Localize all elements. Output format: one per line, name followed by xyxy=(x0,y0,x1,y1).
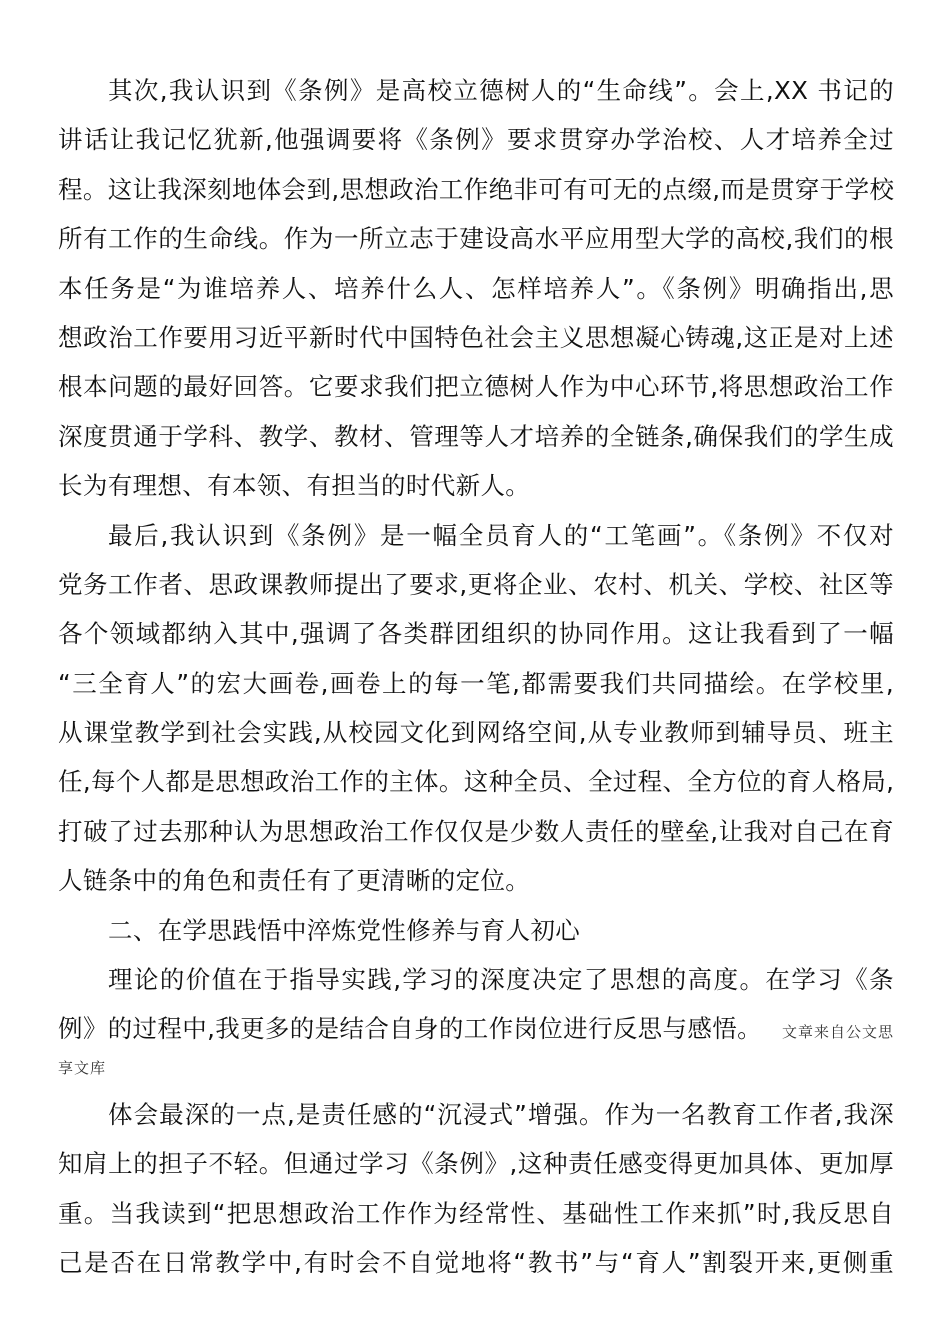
text-line: 最后,我认识到《条例》是一幅全员育人的“工笔画”。《条例》不仅对 xyxy=(58,511,894,560)
text-line: 想政治工作要用习近平新时代中国特色社会主义思想凝心铸魂,这正是对上述 xyxy=(58,313,894,362)
paragraph-responsibility: 体会最深的一点,是责任感的“沉浸式”增强。作为一名教育工作者,我深 知肩上的担子… xyxy=(58,1090,894,1288)
source-watermark: 文章来自公文思 xyxy=(782,1008,894,1057)
text-line: 重。当我读到“把思想政治工作作为经常性、基础性工作来抓”时,我反思自 xyxy=(58,1189,894,1238)
source-watermark-continued: 享文库 xyxy=(58,1054,894,1090)
text-line: 所有工作的生命线。作为一所立志于建设高水平应用型大学的高校,我们的根 xyxy=(58,214,894,263)
text-line: 讲话让我记忆犹新,他强调要将《条例》要求贯穿办学治校、人才培养全过 xyxy=(58,115,894,164)
text-line: 深度贯通于学科、教学、教材、管理等人才培养的全链条,确保我们的学生成 xyxy=(58,412,894,461)
text-line: 人链条中的角色和责任有了更清晰的定位。 xyxy=(58,856,894,905)
paragraph-fine-painting: 最后,我认识到《条例》是一幅全员育人的“工笔画”。《条例》不仅对 党务工作者、思… xyxy=(58,511,894,906)
text-line: 长为有理想、有本领、有担当的时代新人。 xyxy=(58,461,894,510)
text-line: 打破了过去那种认为思想政治工作仅仅是少数人责任的壁垒,让我对自己在育 xyxy=(58,807,894,856)
text-line: 体会最深的一点,是责任感的“沉浸式”增强。作为一名教育工作者,我深 xyxy=(58,1090,894,1139)
paragraph-lifeline: 其次,我认识到《条例》是高校立德树人的“生命线”。会上,XX 书记的 讲话让我记… xyxy=(58,66,894,511)
text-line: 党务工作者、思政课教师提出了要求,更将企业、农村、机关、学校、社区等 xyxy=(58,560,894,609)
text-line: 其次,我认识到《条例》是高校立德树人的“生命线”。会上,XX 书记的 xyxy=(58,66,894,115)
text-line-with-watermark: 例》的过程中,我更多的是结合自身的工作岗位进行反思与感悟。 文章来自公文思 xyxy=(58,1004,894,1053)
document-page: 其次,我认识到《条例》是高校立德树人的“生命线”。会上,XX 书记的 讲话让我记… xyxy=(58,66,894,1287)
text-line: 本任务是“为谁培养人、培养什么人、怎样培养人”。《条例》明确指出,思 xyxy=(58,264,894,313)
text-line: 任,每个人都是思想政治工作的主体。这种全员、全过程、全方位的育人格局, xyxy=(58,757,894,806)
paragraph-theory-practice: 理论的价值在于指导实践,学习的深度决定了思想的高度。在学习《条 例》的过程中,我… xyxy=(58,955,894,1090)
text-line: 程。这让我深刻地体会到,思想政治工作绝非可有可无的点缀,而是贯穿于学校 xyxy=(58,165,894,214)
text-line: 己是否在日常教学中,有时会不自觉地将“教书”与“育人”割裂开来,更侧重 xyxy=(58,1238,894,1287)
text-line: 从课堂教学到社会实践,从校园文化到网络空间,从专业教师到辅导员、班主 xyxy=(58,708,894,757)
section-heading: 二、在学思践悟中淬炼党性修养与育人初心 xyxy=(58,906,894,955)
text-line: 理论的价值在于指导实践,学习的深度决定了思想的高度。在学习《条 xyxy=(58,955,894,1004)
text-segment: 例》的过程中,我更多的是结合自身的工作岗位进行反思与感悟。 xyxy=(58,1004,762,1053)
text-line: 知肩上的担子不轻。但通过学习《条例》,这种责任感变得更加具体、更加厚 xyxy=(58,1139,894,1188)
text-line: 各个领域都纳入其中,强调了各类群团组织的协同作用。这让我看到了一幅 xyxy=(58,609,894,658)
text-line: “三全育人”的宏大画卷,画卷上的每一笔,都需要我们共同描绘。在学校里, xyxy=(58,659,894,708)
text-line: 根本问题的最好回答。它要求我们把立德树人作为中心环节,将思想政治工作 xyxy=(58,362,894,411)
